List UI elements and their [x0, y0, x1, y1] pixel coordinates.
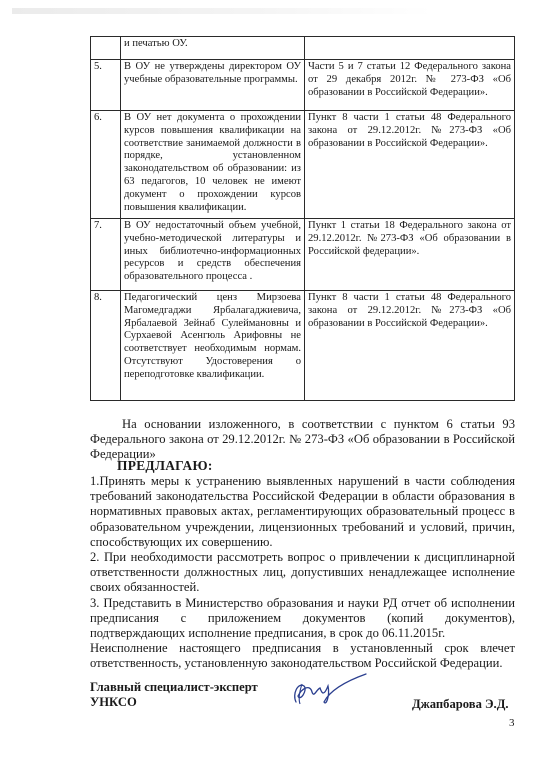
proposal-list: 1.Принять меры к устранению выявленных н… — [90, 474, 515, 672]
violations-table: и печатью ОУ. 5. В ОУ не утверждены дире… — [90, 36, 515, 401]
violation-cell: В ОУ нет документа о прохождении курсов … — [121, 111, 305, 219]
legal-basis-cell: Пункт 1 статьи 18 Федерального закона от… — [305, 219, 515, 291]
table-row: 5. В ОУ не утверждены директором ОУ учеб… — [91, 60, 515, 111]
table-row: 6. В ОУ нет документа о прохождении курс… — [91, 111, 515, 219]
violation-cell: и печатью ОУ. — [121, 37, 305, 60]
propose-heading: ПРЕДЛАГАЮ: — [117, 458, 213, 474]
row-number: 8. — [91, 291, 121, 401]
table-row: и печатью ОУ. — [91, 37, 515, 60]
proposal-item: 2. При необходимости рассмотреть вопрос … — [90, 550, 515, 596]
violation-cell: Педагогический ценз Мирзоева Магомедгадж… — [121, 291, 305, 401]
legal-basis-cell: Пункт 8 части 1 статьи 48 Федерального з… — [305, 291, 515, 401]
proposal-item: 1.Принять меры к устранению выявленных н… — [90, 474, 515, 550]
page-number: 3 — [509, 717, 515, 729]
violation-cell: В ОУ не утверждены директором ОУ учебные… — [121, 60, 305, 111]
row-number: 5. — [91, 60, 121, 111]
scan-artifact — [12, 8, 432, 14]
legal-basis-cell: Части 5 и 7 статьи 12 Федерального закон… — [305, 60, 515, 111]
violation-cell: В ОУ недостаточный объем учебной, учебно… — [121, 219, 305, 291]
legal-basis-cell — [305, 37, 515, 60]
handwritten-signature-icon — [288, 672, 368, 708]
intro-paragraph: На основании изложенного, в соответствии… — [90, 417, 515, 463]
row-number: 7. — [91, 219, 121, 291]
legal-basis-cell: Пункт 8 части 1 статьи 48 Федерального з… — [305, 111, 515, 219]
signatory-position: Главный специалист-эксперт УНКСО — [90, 680, 258, 710]
table-row: 8. Педагогический ценз Мирзоева Магомедг… — [91, 291, 515, 401]
signatory-name: Джапбарова Э.Д. — [412, 697, 509, 712]
proposal-item: 3. Представить в Министерство образовани… — [90, 596, 515, 642]
table-row: 7. В ОУ недостаточный объем учебной, уче… — [91, 219, 515, 291]
row-number: 6. — [91, 111, 121, 219]
row-number — [91, 37, 121, 60]
liability-note: Неисполнение настоящего предписания в ус… — [90, 641, 515, 671]
department-line: УНКСО — [90, 695, 258, 710]
position-line: Главный специалист-эксперт — [90, 680, 258, 695]
